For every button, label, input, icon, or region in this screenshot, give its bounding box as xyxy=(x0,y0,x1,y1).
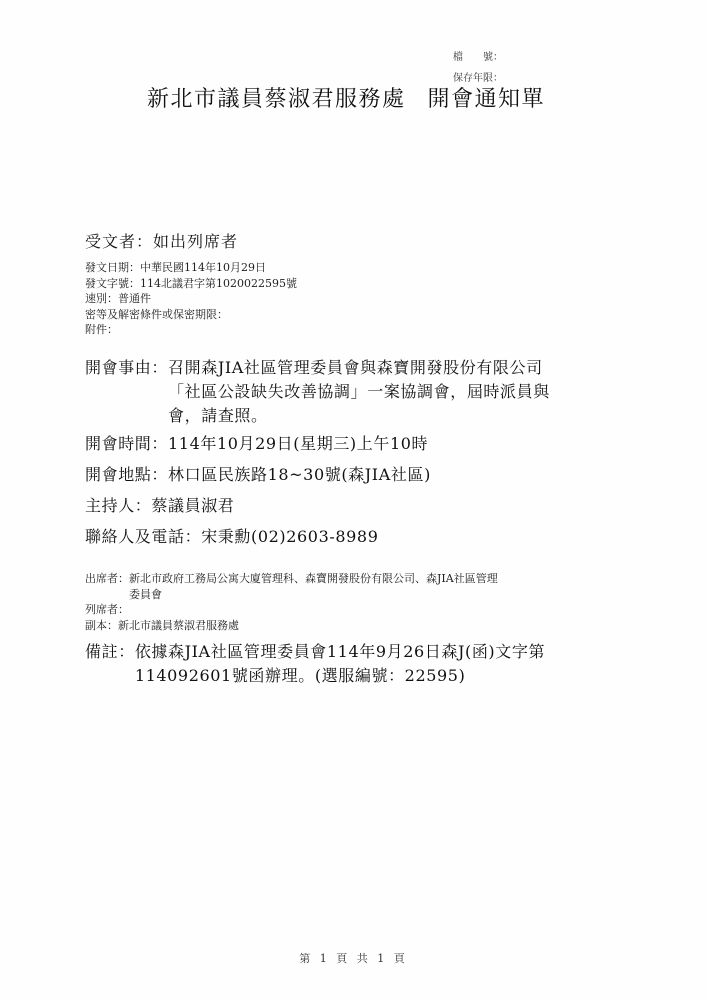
meeting-reason-value: 召開森JIA社區管理委員會與森寶開發股份有限公司 「社區公設缺失改善協調」一案協… xyxy=(168,356,608,428)
meeting-reason-line: 會，請查照。 xyxy=(168,404,608,428)
meeting-host-value: 蔡議員淑君 xyxy=(151,494,234,518)
meeting-contact-value: 宋秉勳(02)2603-8989 xyxy=(201,525,378,549)
attachments: 附件： xyxy=(85,322,297,338)
file-number-label: 檔 號： xyxy=(453,47,503,68)
meeting-reason-label: 開會事由： xyxy=(85,356,168,380)
issue-info: 發文日期：中華民國114年10月29日 發文字號：114北議君字第1020022… xyxy=(85,260,297,338)
attendees: 出席者： 新北市政府工務局公寓大廈管理科、森寶開發股份有限公司、森JIA社區管理… xyxy=(85,571,645,602)
meeting-time-label: 開會時間： xyxy=(85,432,168,456)
issue-date: 發文日期：中華民國114年10月29日 xyxy=(85,260,297,276)
copy-to: 副本：新北市議員蔡淑君服務處 xyxy=(85,618,645,634)
reference-number-label: 發文字號： xyxy=(85,277,140,290)
reference-number-value: 114北議君字第1020022595號 xyxy=(140,277,297,290)
attendees-line: 委員會 xyxy=(129,587,599,603)
recipient-value: 如出列席者 xyxy=(153,232,238,251)
meeting-reason-line: 「社區公設缺失改善協調」一案協調會，屆時派員與 xyxy=(168,380,608,404)
attachments-label: 附件： xyxy=(85,323,118,336)
issue-date-label: 發文日期： xyxy=(85,261,140,274)
secrecy-level: 密等及解密條件或保密期限： xyxy=(85,307,297,323)
meeting-host-label: 主持人： xyxy=(85,494,151,518)
delivery-speed-value: 普通件 xyxy=(118,292,151,305)
recipient-line: 受文者：如出列席者 xyxy=(85,229,238,252)
observers-label: 列席者： xyxy=(85,602,129,618)
meeting-place: 開會地點：林口區民族路18~30號(森JIA社區) xyxy=(85,463,431,487)
page-number: 第 1 頁 共 1 頁 xyxy=(0,950,707,966)
attendees-value: 新北市政府工務局公寓大廈管理科、森寶開發股份有限公司、森JIA社區管理 委員會 xyxy=(129,571,599,602)
remarks-label: 備註： xyxy=(85,640,135,664)
observers: 列席者： xyxy=(85,602,645,618)
document-title: 新北市議員蔡淑君服務處開會通知單 xyxy=(147,82,545,113)
meeting-place-label: 開會地點： xyxy=(85,463,168,487)
secrecy-level-label: 密等及解密條件或保密期限： xyxy=(85,308,228,321)
meeting-time: 開會時間：114年10月29日(星期三)上午10時 xyxy=(85,432,428,456)
meeting-time-value: 114年10月29日(星期三)上午10時 xyxy=(168,432,428,456)
delivery-speed-label: 速別： xyxy=(85,292,118,305)
meeting-reason-line: 召開森JIA社區管理委員會與森寶開發股份有限公司 xyxy=(168,356,608,380)
remarks-line: 依據森JIA社區管理委員會114年9月26日森J(函)文字第 xyxy=(135,640,615,664)
document-page: 檔 號： 保存年限： 新北市議員蔡淑君服務處開會通知單 受文者：如出列席者 發文… xyxy=(0,0,707,1000)
title-document-type: 開會通知單 xyxy=(428,87,546,112)
attendance-info: 出席者： 新北市政府工務局公寓大廈管理科、森寶開發股份有限公司、森JIA社區管理… xyxy=(85,571,645,633)
recipient-label: 受文者： xyxy=(85,232,153,251)
meeting-contact-label: 聯絡人及電話： xyxy=(85,525,201,549)
remarks-line: 114092601號函辦理。(選服編號：22595) xyxy=(135,664,615,688)
copy-to-label: 副本： xyxy=(85,618,118,634)
remarks: 備註： 依據森JIA社區管理委員會114年9月26日森J(函)文字第 11409… xyxy=(85,640,645,688)
meeting-contact: 聯絡人及電話：宋秉勳(02)2603-8989 xyxy=(85,525,379,549)
remarks-value: 依據森JIA社區管理委員會114年9月26日森J(函)文字第 114092601… xyxy=(135,640,615,688)
meeting-reason: 開會事由： 召開森JIA社區管理委員會與森寶開發股份有限公司 「社區公設缺失改善… xyxy=(85,356,608,428)
attendees-label: 出席者： xyxy=(85,571,129,587)
title-organization: 新北市議員蔡淑君服務處 xyxy=(147,87,406,112)
copy-to-value: 新北市議員蔡淑君服務處 xyxy=(118,618,239,634)
issue-date-value: 中華民國114年10月29日 xyxy=(140,261,266,274)
delivery-speed: 速別：普通件 xyxy=(85,291,297,307)
meeting-host: 主持人：蔡議員淑君 xyxy=(85,494,234,518)
meeting-place-value: 林口區民族路18~30號(森JIA社區) xyxy=(168,463,431,487)
reference-number: 發文字號：114北議君字第1020022595號 xyxy=(85,276,297,292)
attendees-line: 新北市政府工務局公寓大廈管理科、森寶開發股份有限公司、森JIA社區管理 xyxy=(129,571,599,587)
